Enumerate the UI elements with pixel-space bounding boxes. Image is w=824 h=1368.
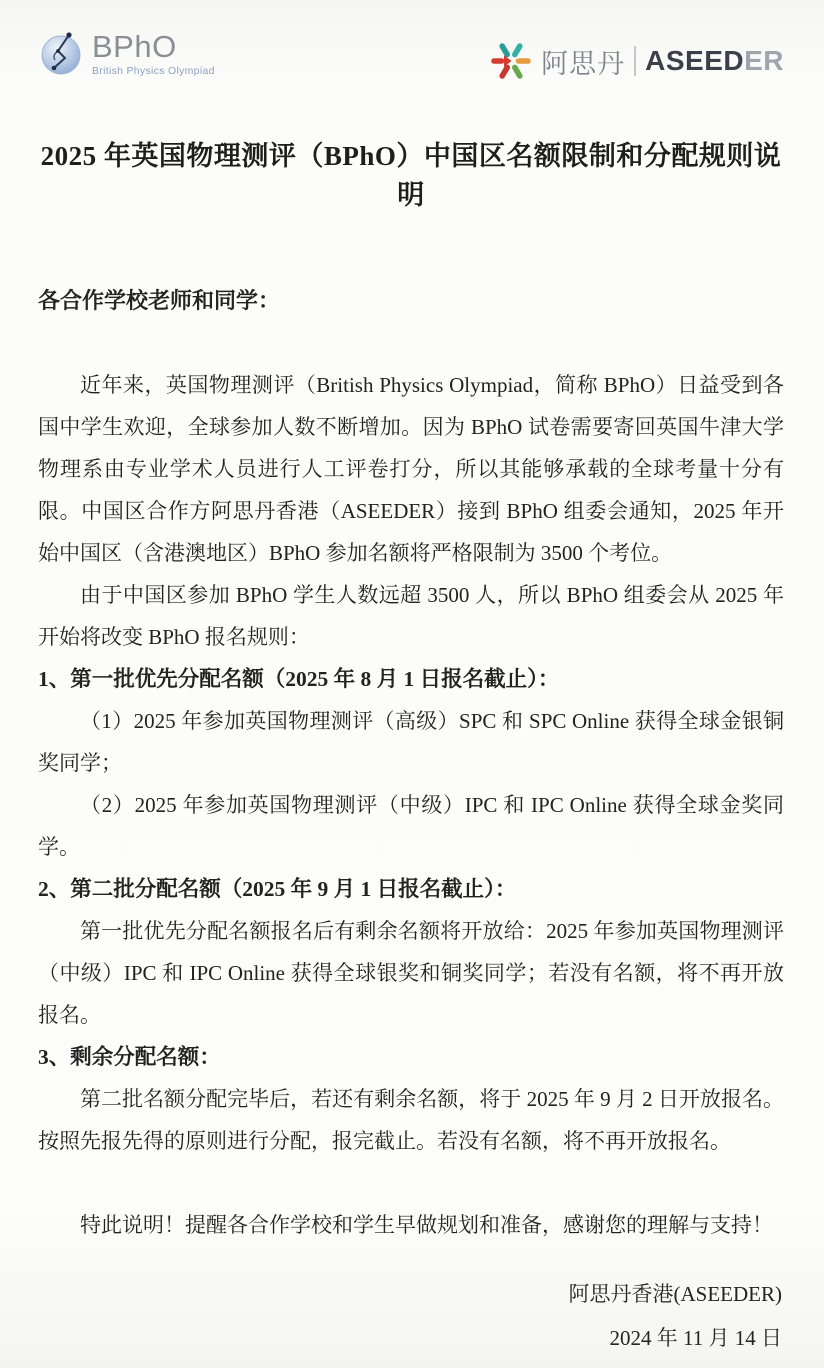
document-page: BPhO British Physics Olympiad 阿思丹 ASEEDE…: [0, 0, 824, 1368]
aseeder-star-icon: [490, 40, 532, 82]
bpho-logo-text: BPhO British Physics Olympiad: [92, 28, 215, 77]
closing-statement: 特此说明！提醒各合作学校和学生早做规划和准备，感谢您的理解与支持！: [38, 1204, 784, 1246]
aseeder-logo-cn-name: 阿思丹: [541, 42, 625, 81]
document-title: 2025 年英国物理测评（BPhO）中国区名额限制和分配规则说明: [38, 134, 784, 212]
aseeder-logo-en-main: ASEED: [645, 45, 744, 76]
greeting-line: 各合作学校老师和同学：: [38, 280, 784, 322]
intro-paragraph-2: 由于中国区参加 BPhO 学生人数远超 3500 人，所以 BPhO 组委会从 …: [38, 574, 784, 658]
section-3-paragraph: 第二批名额分配完毕后，若还有剩余名额，将于 2025 年 9 月 2 日开放报名…: [38, 1078, 784, 1162]
section-1-heading: 1、第一批优先分配名额（2025 年 8 月 1 日报名截止）：: [38, 658, 784, 700]
section-3-heading: 3、剩余分配名额：: [38, 1036, 784, 1078]
section-1-item-1: （1）2025 年参加英国物理测评（高级）SPC 和 SPC Online 获得…: [38, 700, 784, 784]
section-1-item-2: （2）2025 年参加英国物理测评（中级）IPC 和 IPC Online 获得…: [38, 784, 784, 868]
aseeder-logo: 阿思丹 ASEEDER: [490, 40, 784, 82]
intro-paragraph-1: 近年来，英国物理测评（British Physics Olympiad，简称 B…: [38, 364, 784, 574]
aseeder-logo-divider: [634, 46, 636, 76]
bpho-logo-subtitle: British Physics Olympiad: [92, 65, 215, 77]
section-2-paragraph: 第一批优先分配名额报名后有剩余名额将开放给：2025 年参加英国物理测评（中级）…: [38, 910, 784, 1036]
aseeder-logo-en-suffix: ER: [744, 45, 784, 76]
bpho-globe-icon: [38, 28, 86, 78]
date-line: 2024 年 11 月 14 日: [38, 1316, 782, 1360]
bpho-logo-title: BPhO: [92, 32, 215, 62]
aseeder-logo-en-name: ASEEDER: [645, 45, 784, 77]
section-2-heading: 2、第二批分配名额（2025 年 9 月 1 日报名截止）：: [38, 868, 784, 910]
header: BPhO British Physics Olympiad 阿思丹 ASEEDE…: [38, 28, 784, 82]
bpho-logo: BPhO British Physics Olympiad: [38, 28, 215, 78]
signature-block: 阿思丹香港(ASEEDER) 2024 年 11 月 14 日: [38, 1272, 784, 1360]
signature-line: 阿思丹香港(ASEEDER): [38, 1272, 782, 1316]
